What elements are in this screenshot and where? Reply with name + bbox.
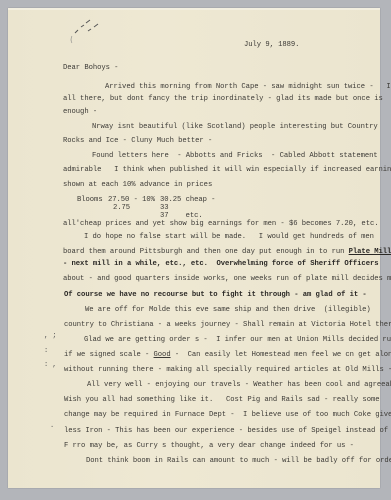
letter-line: - next mill in a while, etc., etc. Overw… <box>63 260 378 268</box>
margin-mark: : <box>44 347 48 355</box>
letter-line: change may be required in Furnace Dept -… <box>64 411 391 419</box>
letter-line: if we signed scale - Good - Can easily l… <box>64 351 391 359</box>
letter-line: without running there - making all speci… <box>64 366 391 374</box>
letter-line: about - and good quarters inside works, … <box>63 275 391 283</box>
letter-line: Dont think boom in Rails can amount to m… <box>86 457 391 465</box>
letter-line: all there, but dont fancy the trip inord… <box>63 95 383 103</box>
letter-line: Arrived this morning from North Cape - s… <box>105 83 391 91</box>
underlined-plate-mill: Plate Mill sure <box>349 248 391 256</box>
salutation: Dear Bohoys - <box>63 64 118 72</box>
table-cell: 2.75 <box>113 204 130 212</box>
letter-line: less Iron - This has been our experience… <box>64 427 388 435</box>
letter-line: Of course we have no recourse but to fig… <box>64 291 367 299</box>
margin-mark: , ; <box>44 332 57 340</box>
letter-line: Wish you all had something like it. Cost… <box>64 396 379 404</box>
letter-line: All very well - enjoying our travels - W… <box>87 381 391 389</box>
letter-line: Nrway isnt beautiful (like Scotland) peo… <box>92 123 378 131</box>
margin-mark: : , <box>44 361 57 369</box>
letter-line: We are off for Molde this eve same ship … <box>85 306 371 314</box>
letter-line: F rro may be, as Curry s thought, a very… <box>64 442 354 450</box>
margin-mark: . <box>50 422 54 430</box>
underlined-good: Good <box>154 351 171 359</box>
page-edge <box>8 8 380 10</box>
letter-line: country to Christiana - a weeks journey … <box>64 321 391 329</box>
letter-line: Rocks and Ice - Cluny Much better - <box>63 137 212 145</box>
table-cell: 30.25 cheap - <box>160 196 215 204</box>
letter-line: Found letters here - Abbotts and Fricks … <box>92 152 378 160</box>
pencil-marks <box>60 12 110 47</box>
line-text: board them around Pittsburgh and then on… <box>63 248 344 256</box>
letter-line: board them around Pittsburgh and then on… <box>63 248 391 256</box>
table-cell: 33 <box>160 204 169 212</box>
letter-line: enough - <box>63 108 97 116</box>
letter-line: admirable I think when published it will… <box>63 166 391 174</box>
letter-line: Glad we are getting order s - I infer ou… <box>84 336 391 344</box>
line-text: if we signed scale - <box>64 351 154 359</box>
letter-date: July 9, 1889. <box>244 41 299 49</box>
letter-line: I do hope no false start will be made. I… <box>84 233 374 241</box>
table-cell: 27.50 - 10% <box>108 196 155 204</box>
table-cell: 37 etc. <box>160 212 203 220</box>
letter-line: shown at each 10% advance in prices <box>63 181 212 189</box>
letter-line: all'cheap prices and yet show big earnin… <box>63 220 378 228</box>
line-text: - Can easily let Homestead men feel we c… <box>171 351 391 359</box>
table-label: Blooms <box>77 196 103 204</box>
